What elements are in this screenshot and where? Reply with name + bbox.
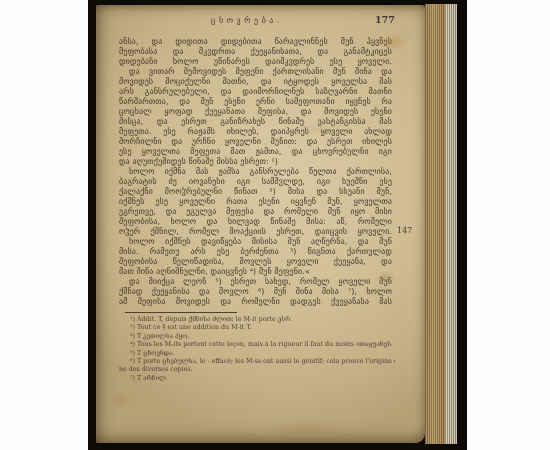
footnotes: ¹) Addit. T, depuis ქმნისა ძლით; le M-it… (119, 316, 395, 383)
text-line: ქმნად ქუეყანისა და მოვლო ⁶) მუნ შინა მის… (119, 287, 392, 297)
stain (106, 391, 134, 409)
book-page: ცხოვრება. 177 147 ანსა, და დიდითა დიდები… (96, 5, 425, 443)
footnote-line: ²) Tout ce § est une addition du M-it T. (119, 324, 395, 332)
text-line: ანსა, და დიდითა დიდებითა წარავლინნეს მუნ… (119, 37, 392, 47)
footnote-separator (125, 312, 237, 313)
fore-edge-inner (425, 4, 445, 444)
text-line: ეგრეთვე, და ეგულვა მეფესა და რომელი მუნ … (119, 207, 392, 217)
text-line: ბაგრატის ძე იოვანესი იგი სამშჳლდე, იგი ხ… (119, 177, 392, 187)
text-line: ოჴერ ქმნილ, რომელ მოაქციის ესრეთ, დაიცვი… (119, 227, 392, 237)
fore-edge-outer (445, 4, 457, 444)
text-line: იქმნეს ესე ყოველნი რათა ესენი იყვნენ მუნ… (119, 197, 392, 207)
margin-section-number: 147 (397, 226, 412, 235)
text-line: მეფობისა, ხოლო და ხილვად წინაშე მისა: აწ… (119, 217, 392, 227)
fore-edge-pages (425, 4, 457, 444)
stain (266, 421, 346, 437)
footnote-line: ³) T კეთილსა ჰყო. (119, 333, 395, 341)
text-line: არს განსრულებული, და დაიმორჩილნეს საზღვა… (119, 87, 392, 97)
text-line: ხოლო იქმნა მას ჟამსა განსრულება წელთა ქა… (119, 167, 392, 177)
text-line: მისცა, და ესრეთ განიზრახეს წინაშე ვახტან… (119, 117, 392, 127)
text-line: და აღუთქუმიდეს წინაშე მისსა ესრეთ: ¹) (119, 157, 392, 167)
text-line: ხოლო იქმნეს დავიწყება მისისა მუნ აღწერნა… (119, 237, 392, 247)
text-line: ამ მეფისა მოვიდეს და რომელნი დადგეს ქუეყ… (119, 297, 392, 307)
running-head: ცხოვრება. (211, 16, 283, 25)
text-line: მისა. რამეთუ არს ესე ბერძენთა ³) წიგნთა … (119, 247, 392, 257)
text-line: ქალაქნი მოოჴრებულნი წინათ ²) მისა და სხუ… (119, 187, 392, 197)
text-line: მორჩილნი და ურჩნი ყოველნი მუნით: და ესრე… (119, 137, 392, 147)
footnote-line: ne des diverses copies. (119, 366, 395, 374)
text-line: მეფეთა. ესე რაჟამს იხილეს, დაიპყრეს ყოვე… (119, 127, 392, 137)
text-line: მეფობასა და მკჳდრთა ქუეყანისათა, და განა… (119, 47, 392, 57)
footnote-line: ⁴) Tous les M-its portent cette leçon, m… (119, 341, 395, 349)
text-line: და მიიქცა ლეონ ⁵) ესრეთ სახედ, რომელ ყოვ… (119, 277, 392, 287)
text-line: დიდებანი ხოლო უწინარეს დაიმკჳდრეს ესე ყო… (119, 57, 392, 67)
book-photo: ცხოვრება. 177 147 ანსა, და დიდითა დიდები… (0, 0, 550, 450)
body-text: ანსა, და დიდითა დიდებითა წარავლინნეს მუნ… (119, 37, 392, 307)
text-line: მეფობისა წელიწადისა, მოვლეს ყოველი ქუეყა… (119, 257, 392, 267)
text-line: წარმართთა, და მუნ ესენი ერნი სამეფოთანი … (119, 97, 392, 107)
footnote-line: ⁶) T porte ცხებულსა, le - effacé; les M-… (119, 358, 395, 366)
text-line: მათ შინა აღნიშნულნი, დაიცვნეს ⁴) მუნ მეფ… (119, 267, 392, 277)
footnote-line: ⁷) T არჩილ. (119, 375, 395, 383)
text-line: და ვითარ შემოვიდეს მეფენი ქართლისანი მუნ… (119, 67, 392, 77)
footnote-line: ¹) Addit. T, depuis ქმნისა ძლით; le M-it… (119, 316, 395, 324)
footnote-line: ⁵) T ცხოვნდა. (119, 350, 395, 358)
text-line: ესე ყოველთა მეფეთა მათ ჟამთა, და ცხოვრებ… (119, 147, 392, 157)
text-line: მოვიდეს მოციქულნი მათნი, და იტყოდეს ყოვე… (119, 77, 392, 87)
text-line: ცოცხალ ყოფად ქუეყანათა მეფისა, და მოვიდე… (119, 107, 392, 117)
page-number: 177 (375, 15, 395, 26)
